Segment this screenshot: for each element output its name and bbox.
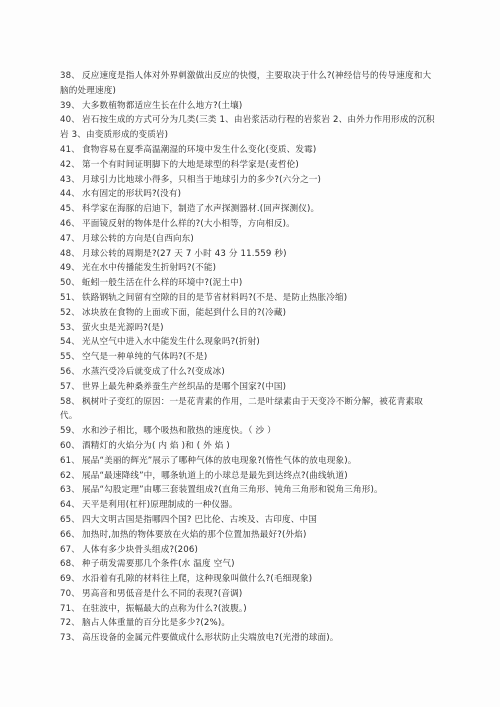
question-number: 54、 [60, 335, 82, 350]
question-text: 加热时,加热的物体要放在火焰的那个位置加热最好?(外焰) [82, 530, 306, 540]
question-text: 枫树叶子变红的原因：一是花青素的作用，二是叶绿素由于天变冷不断分解，被花青素取 [82, 397, 423, 407]
question-number: 70、 [60, 587, 82, 602]
question-text: 月球引力比地球小得多，只相当于地球引力的多少?(六分之一) [82, 175, 321, 185]
question-number: 51、 [60, 291, 82, 306]
question-text-continuation: 代。 [60, 409, 442, 424]
question-item: 72、脑占人体重量的百分比是多少?(2%)。 [60, 616, 442, 631]
question-item: 52、冰块放在食物的上面或下面，能起到什么目的?(冷藏) [60, 306, 442, 321]
question-text: 水沿着有孔隙的材料往上爬，这种现象叫做什么?(毛细现象) [82, 574, 312, 584]
question-text: 种子萌发需要那几个条件(水 温度 空气) [82, 559, 235, 569]
question-text: 高压设备的金属元件要做成什么形状防止尖端放电?(光滑的球面)。 [82, 633, 339, 643]
question-item: 62、展品“最速降线”中，哪条轨道上的小球总是最先到达终点?(曲线轨道) [60, 469, 442, 484]
question-text: 男高音和男低音是什么不同的表现?(音调) [82, 589, 242, 599]
question-item: 41、食物容易在夏季高温潮湿的环境中发生什么变化(变质、发霉) [60, 143, 442, 158]
question-item: 70、男高音和男低音是什么不同的表现?(音调) [60, 587, 442, 602]
question-item: 73、高压设备的金属元件要做成什么形状防止尖端放电?(光滑的球面)。 [60, 631, 442, 646]
question-text: 平面镜反射的物体是什么样的?(大小相等，方向相反)。 [82, 219, 295, 229]
question-number: 53、 [60, 321, 82, 336]
question-number: 61、 [60, 454, 82, 469]
question-item: 58、枫树叶子变红的原因：一是花青素的作用，二是叶绿素由于天变冷不断分解，被花青… [60, 395, 442, 425]
question-text: 脑占人体重量的百分比是多少?(2%)。 [82, 618, 230, 628]
question-text: 世界上最先种桑养蚕生产丝织品的是哪个国家?(中国) [82, 382, 286, 392]
question-number: 43、 [60, 173, 82, 188]
question-list: 38、反应速度是指人体对外界刺激做出反应的快慢，主要取决于什么?(神经信号的传导… [60, 69, 442, 646]
question-item: 66、加热时,加热的物体要放在火焰的那个位置加热最好?(外焰) [60, 528, 442, 543]
question-number: 62、 [60, 469, 82, 484]
question-number: 71、 [60, 602, 82, 617]
question-number: 44、 [60, 187, 82, 202]
question-number: 39、 [60, 99, 82, 114]
question-number: 41、 [60, 143, 82, 158]
question-text: 铁路钢轨之间留有空隙的目的是节省材料吗?(不是、是防止热胀冷缩) [82, 293, 347, 303]
question-number: 69、 [60, 572, 82, 587]
question-number: 42、 [60, 158, 82, 173]
question-number: 64、 [60, 498, 82, 513]
question-item: 68、种子萌发需要那几个条件(水 温度 空气) [60, 557, 442, 572]
question-text: 大多数植物都适应生长在什么地方?(土壤) [82, 101, 242, 111]
question-number: 38、 [60, 69, 82, 84]
question-number: 63、 [60, 483, 82, 498]
question-number: 45、 [60, 202, 82, 217]
question-text: 四大文明古国是指哪四个国? 巴比伦、古埃及、古印度、中国 [82, 515, 317, 525]
question-text: 在驻波中，振幅最大的点称为什么?(波腹。) [82, 604, 247, 614]
question-text: 萤火虫是光源吗?(是) [82, 323, 164, 333]
question-item: 54、光从空气中进入水中能发生什么现象吗?(折射) [60, 335, 442, 350]
question-text: 月球公转的周期是?(27 天 7 小时 43 分 11.559 秒) [82, 249, 287, 259]
question-number: 73、 [60, 631, 82, 646]
question-item: 46、平面镜反射的物体是什么样的?(大小相等，方向相反)。 [60, 217, 442, 232]
question-text: 反应速度是指人体对外界刺激做出反应的快慢，主要取决于什么?(神经信号的传导速度和… [82, 71, 431, 81]
question-text: 食物容易在夏季高温潮湿的环境中发生什么变化(变质、发霉) [82, 145, 316, 155]
question-number: 60、 [60, 439, 82, 454]
question-text: 科学家在海豚的启迪下，制造了水声探测器材.(回声探测仪)。 [82, 204, 319, 214]
question-text: 蚯蚓一般生活在什么样的环境中?(泥土中) [82, 278, 242, 288]
question-number: 66、 [60, 528, 82, 543]
question-item: 64、天平是利用(杠杆)原理制成的一种仪器。 [60, 498, 442, 513]
question-number: 55、 [60, 350, 82, 365]
question-text: 水有固定的形状吗?(没有) [82, 189, 181, 199]
question-item: 47、月球公转的方向是(自西向东) [60, 232, 442, 247]
question-text: 光在水中传播能发生折射吗?(不能) [82, 263, 216, 273]
question-number: 68、 [60, 557, 82, 572]
question-item: 67、人体有多少块骨头组成?(206) [60, 543, 442, 558]
question-text: 冰块放在食物的上面或下面，能起到什么目的?(冷藏) [82, 308, 286, 318]
question-text: 水和沙子相比，哪个吸热和散热的速度快。（ 沙 ） [82, 426, 276, 436]
question-item: 44、水有固定的形状吗?(没有) [60, 187, 442, 202]
question-text: 天平是利用(杠杆)原理制成的一种仪器。 [82, 500, 238, 510]
question-item: 57、世界上最先种桑养蚕生产丝织品的是哪个国家?(中国) [60, 380, 442, 395]
question-item: 56、水蒸汽受冷后就变成了什么?(变成冰) [60, 365, 442, 380]
question-number: 65、 [60, 513, 82, 528]
question-number: 48、 [60, 247, 82, 262]
question-number: 57、 [60, 380, 82, 395]
question-item: 63、展品“勾股定理”由哪三套装置组成?(直角三角形、钝角三角形和锐角三角形)。 [60, 483, 442, 498]
question-item: 38、反应速度是指人体对外界刺激做出反应的快慢，主要取决于什么?(神经信号的传导… [60, 69, 442, 99]
question-text: 空气是一种单纯的气体吗?(不是) [82, 352, 207, 362]
question-item: 45、科学家在海豚的启迪下，制造了水声探测器材.(回声探测仪)。 [60, 202, 442, 217]
question-item: 55、空气是一种单纯的气体吗?(不是) [60, 350, 442, 365]
question-number: 59、 [60, 424, 82, 439]
question-item: 65、四大文明古国是指哪四个国? 巴比伦、古埃及、古印度、中国 [60, 513, 442, 528]
question-number: 40、 [60, 113, 82, 128]
question-text: 人体有多少块骨头组成?(206) [82, 545, 198, 555]
question-number: 50、 [60, 276, 82, 291]
question-item: 49、光在水中传播能发生折射吗?(不能) [60, 261, 442, 276]
question-number: 56、 [60, 365, 82, 380]
question-text-continuation: 岩 3、由变质形成的变质岩) [60, 128, 442, 143]
question-item: 61、展品“美丽的辉光”展示了哪种气体的放电现象?(惰性气体的放电现象)。 [60, 454, 442, 469]
document-page: 38、反应速度是指人体对外界刺激做出反应的快慢，主要取决于什么?(神经信号的传导… [0, 0, 500, 707]
question-item: 51、铁路钢轨之间留有空隙的目的是节省材料吗?(不是、是防止热胀冷缩) [60, 291, 442, 306]
question-item: 43、月球引力比地球小得多，只相当于地球引力的多少?(六分之一) [60, 173, 442, 188]
question-text: 展品“最速降线”中，哪条轨道上的小球总是最先到达终点?(曲线轨道) [82, 471, 348, 481]
question-text: 岩石按生成的方式可分为几类(三类 1、由岩浆活动行程的岩浆岩 2、由外力作用形成… [82, 115, 435, 125]
question-text: 月球公转的方向是(自西向东) [82, 234, 194, 244]
question-item: 48、月球公转的周期是?(27 天 7 小时 43 分 11.559 秒) [60, 247, 442, 262]
question-text: 展品“美丽的辉光”展示了哪种气体的放电现象?(惰性气体的放电现象)。 [82, 456, 357, 466]
question-item: 69、水沿着有孔隙的材料往上爬，这种现象叫做什么?(毛细现象) [60, 572, 442, 587]
question-number: 72、 [60, 616, 82, 631]
question-text: 展品“勾股定理”由哪三套装置组成?(直角三角形、钝角三角形和锐角三角形)。 [82, 485, 383, 495]
question-item: 53、萤火虫是光源吗?(是) [60, 321, 442, 336]
question-text-continuation: 脑的处理速度) [60, 84, 442, 99]
question-item: 40、岩石按生成的方式可分为几类(三类 1、由岩浆活动行程的岩浆岩 2、由外力作… [60, 113, 442, 143]
question-number: 47、 [60, 232, 82, 247]
question-item: 42、第一个有时间证明脚下的大地是球型的科学家是(麦哲伦) [60, 158, 442, 173]
question-number: 49、 [60, 261, 82, 276]
question-number: 46、 [60, 217, 82, 232]
question-item: 71、在驻波中，振幅最大的点称为什么?(波腹。) [60, 602, 442, 617]
question-number: 67、 [60, 543, 82, 558]
question-number: 52、 [60, 306, 82, 321]
question-text: 酒精灯的火焰分为( 内 焰 )和 ( 外 焰 ) [82, 441, 230, 451]
question-text: 水蒸汽受冷后就变成了什么?(变成冰) [82, 367, 225, 377]
question-item: 59、水和沙子相比，哪个吸热和散热的速度快。（ 沙 ） [60, 424, 442, 439]
question-item: 39、大多数植物都适应生长在什么地方?(土壤) [60, 99, 442, 114]
question-item: 50、蚯蚓一般生活在什么样的环境中?(泥土中) [60, 276, 442, 291]
question-item: 60、酒精灯的火焰分为( 内 焰 )和 ( 外 焰 ) [60, 439, 442, 454]
question-text: 第一个有时间证明脚下的大地是球型的科学家是(麦哲伦) [82, 160, 299, 170]
question-text: 光从空气中进入水中能发生什么现象吗?(折射) [82, 337, 260, 347]
question-number: 58、 [60, 395, 82, 410]
